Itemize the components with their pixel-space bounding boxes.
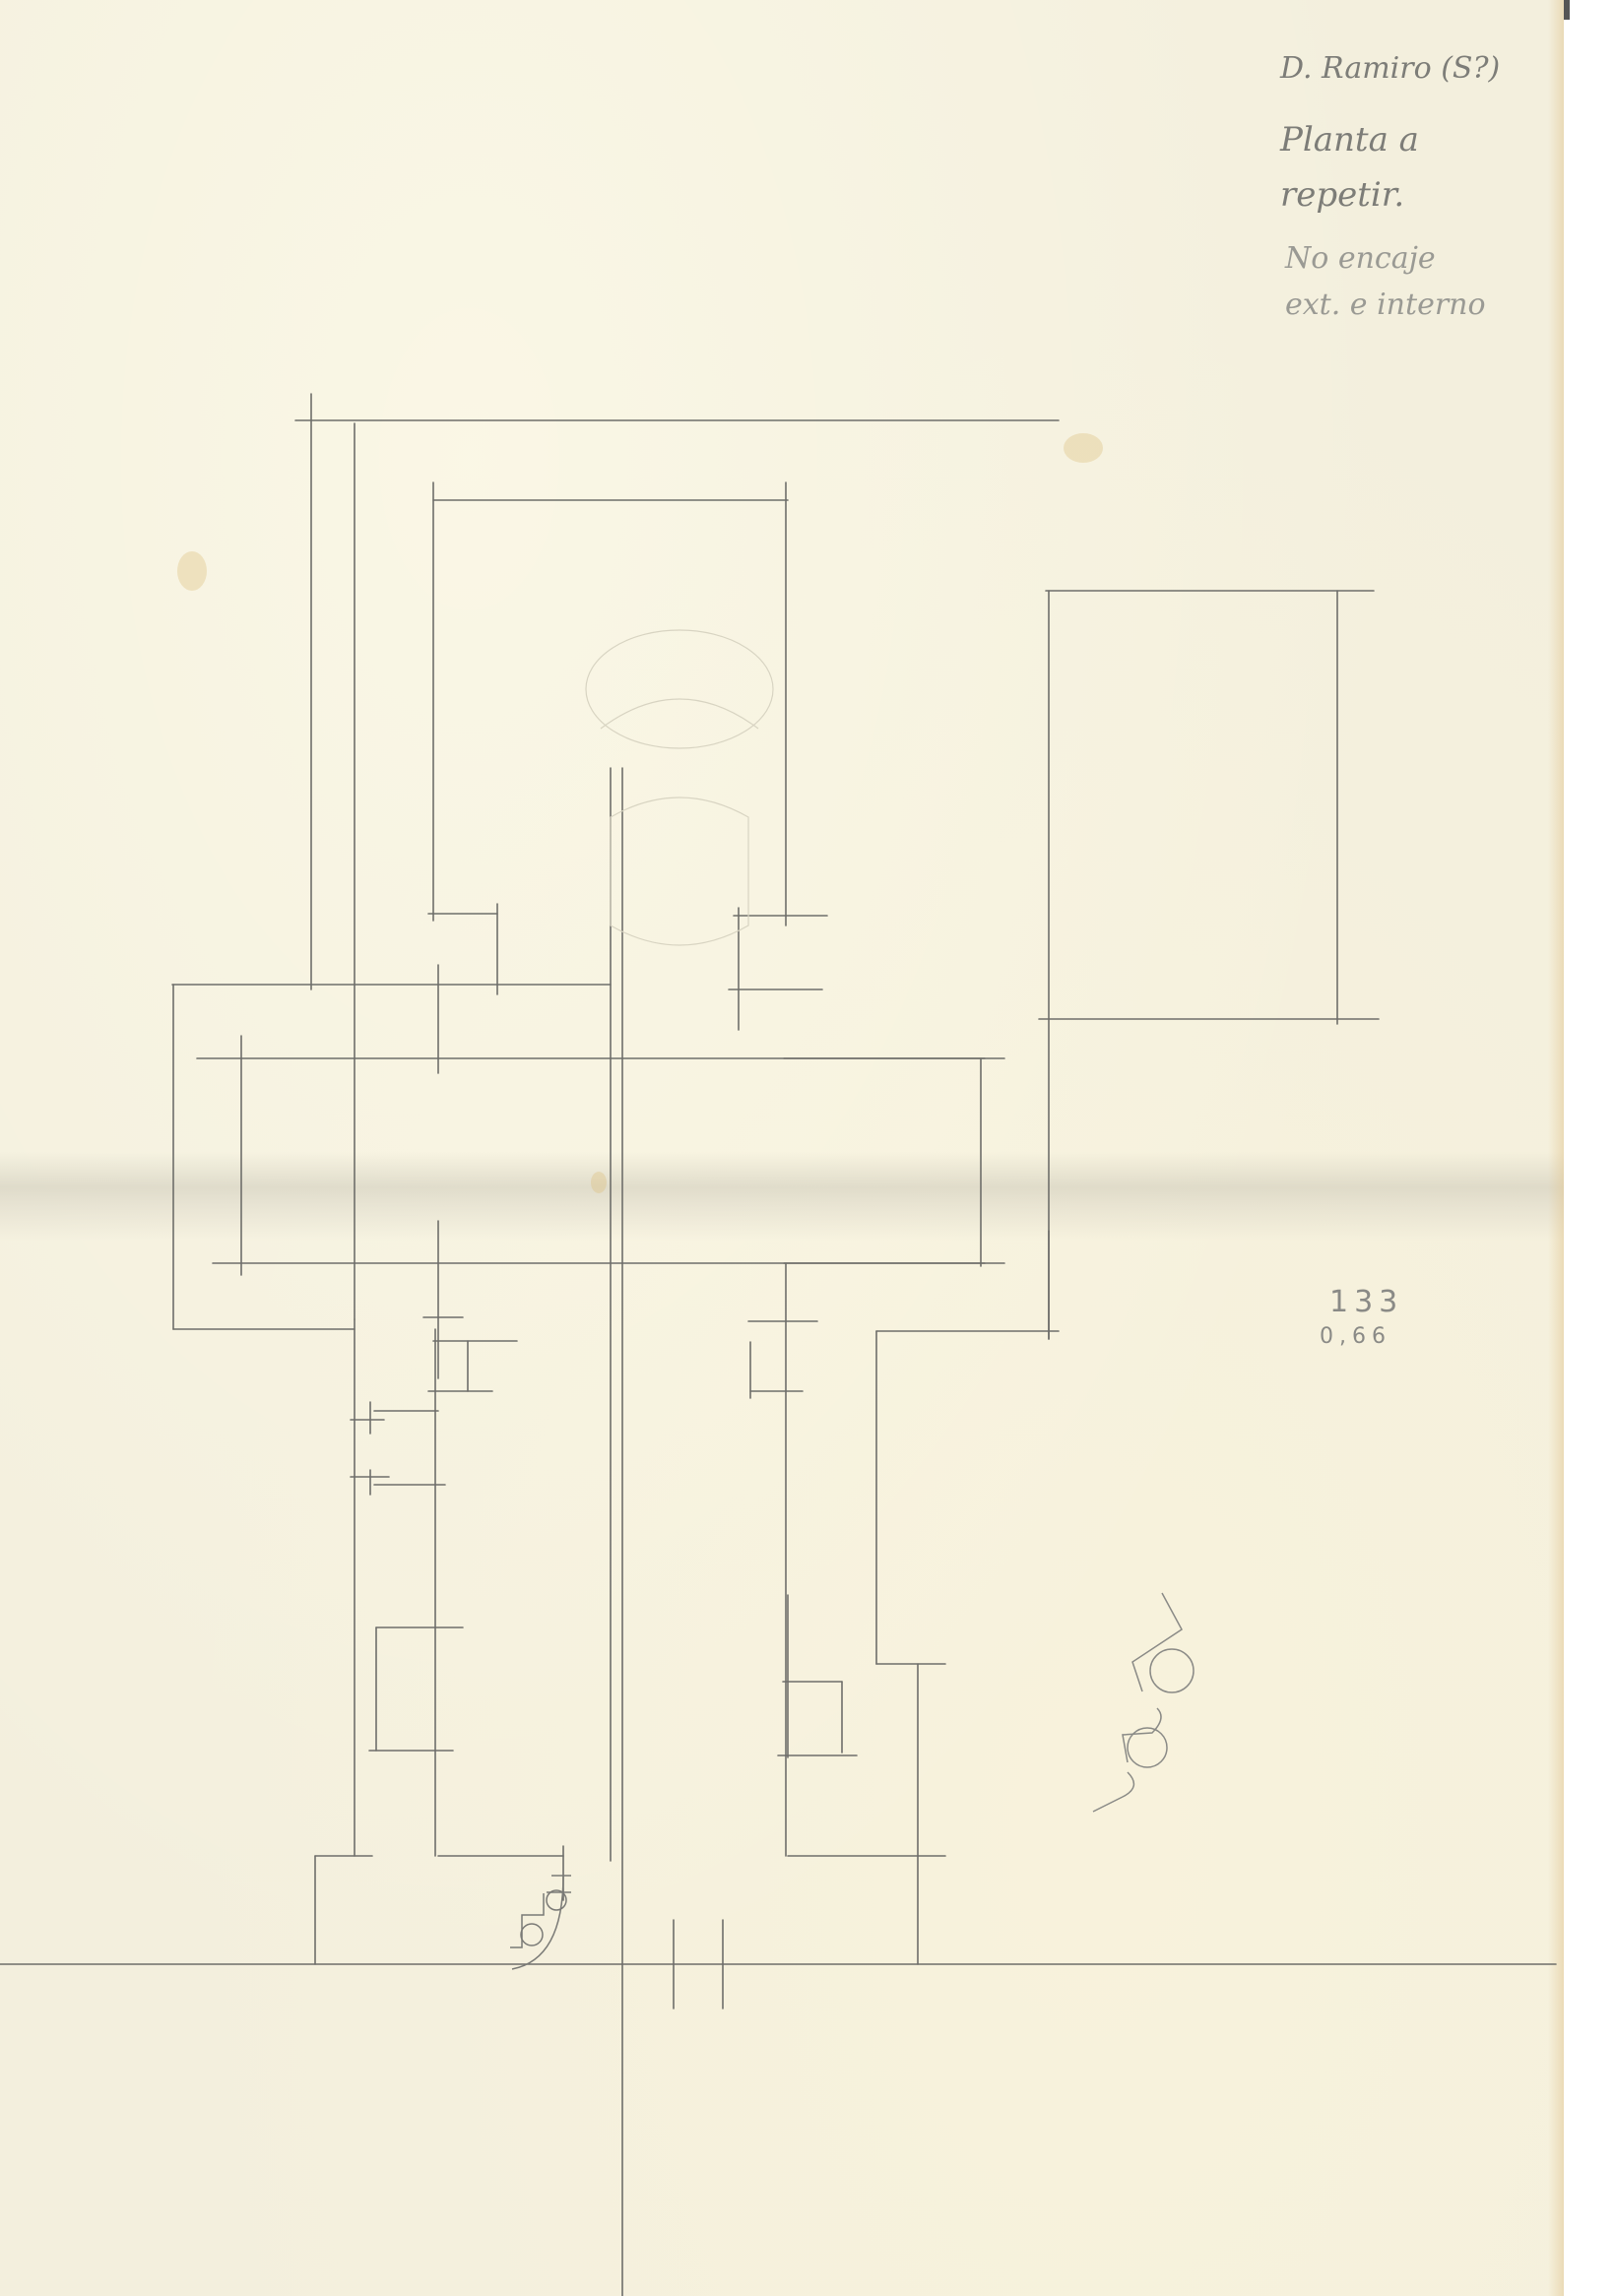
floor-plan-drawing: [0, 0, 1564, 2296]
author-note: D. Ramiro (S?): [1280, 51, 1500, 86]
faint-ornament: [586, 630, 773, 945]
note-line-3: No encaje: [1285, 241, 1436, 276]
dimension-label-top: 133: [1329, 1285, 1403, 1319]
note-line-2: repetir.: [1280, 175, 1404, 215]
note-line-4: ext. e interno: [1285, 287, 1486, 322]
note-line-1: Planta a: [1280, 120, 1419, 159]
molding-profile-detail: [1093, 1593, 1194, 1812]
scan-shadow: [1564, 0, 1570, 20]
molding-profile-small: [510, 1876, 571, 1969]
dimension-label-bottom: 0,66: [1320, 1324, 1391, 1349]
